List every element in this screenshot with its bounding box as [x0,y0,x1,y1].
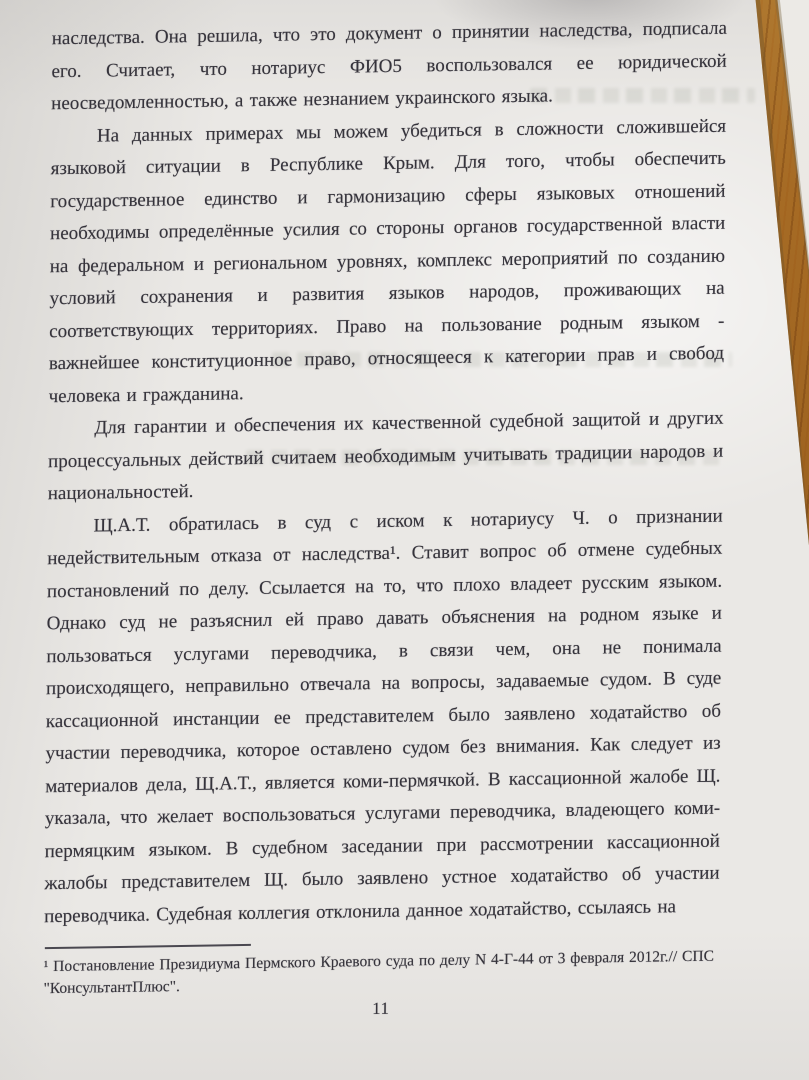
page-content: наследства. Она решила, что это документ… [43,13,727,1024]
footnote: ¹ Постановление Президиума Пермского Кра… [43,946,719,1001]
paragraph: На данных примерах мы можем убедиться в … [49,110,727,413]
document-body: наследства. Она решила, что это документ… [44,13,727,933]
photo-of-document: наследства. Она решила, что это документ… [0,0,809,1080]
paragraph: Щ.А.Т. обратилась в суд с иском к нотари… [44,500,723,933]
paragraph: наследства. Она решила, что это документ… [51,13,727,121]
footnote-separator [45,944,251,949]
paragraph: Для гарантии и обеспечения их качественн… [48,403,724,511]
